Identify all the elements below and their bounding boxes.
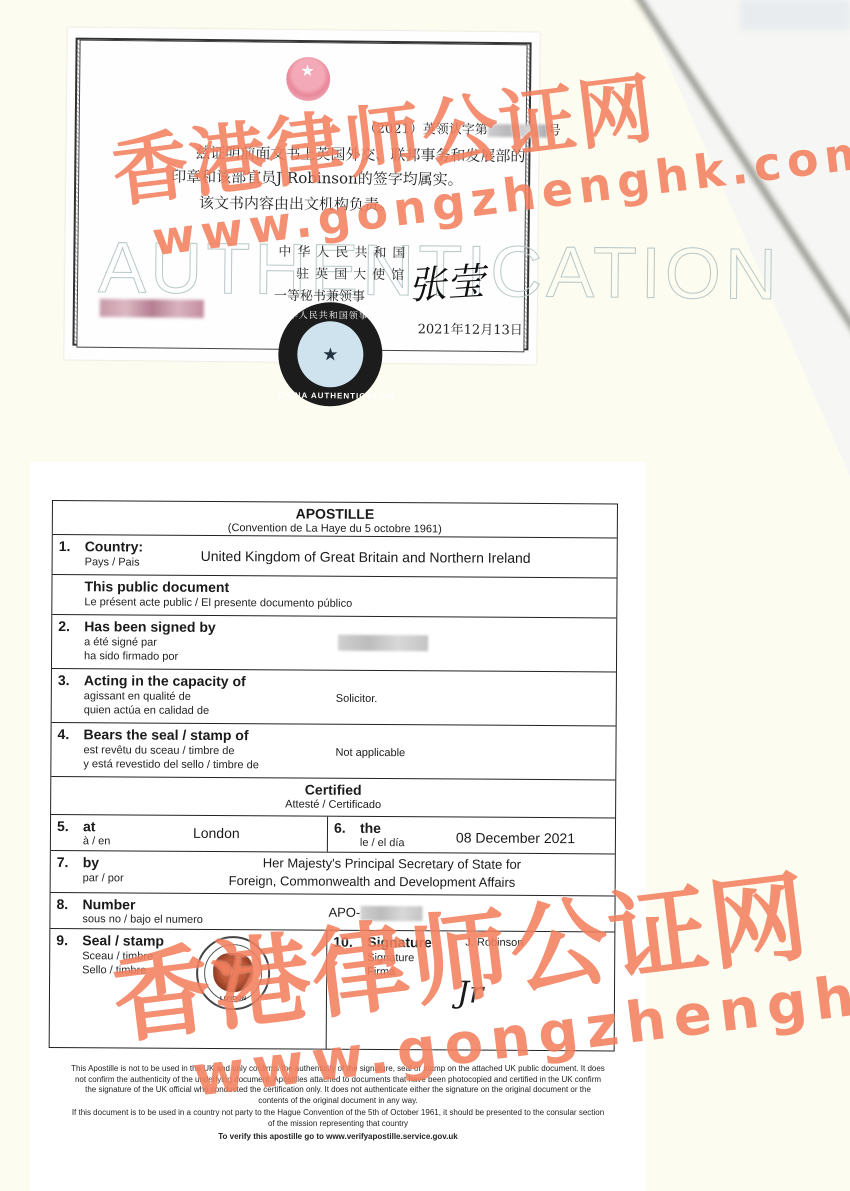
field-the: 6. the le / el día 08 December 2021 bbox=[328, 817, 615, 854]
field-label: by bbox=[83, 854, 99, 870]
royal-coat-of-arms-icon bbox=[213, 953, 253, 993]
country-value: United Kingdom of Great Britain and Nort… bbox=[201, 548, 531, 566]
field-label: at bbox=[83, 818, 96, 834]
issuer-title: 一等秘书兼领事 bbox=[274, 285, 365, 305]
seal-text-bottom: CHINA AUTHENTICATION bbox=[278, 391, 382, 401]
field-sublabel: par / por bbox=[83, 872, 124, 884]
field-sublabel: Pays / Pais bbox=[85, 556, 140, 568]
field-sublabel-fr: est revêtu du sceau / timbre de bbox=[83, 744, 234, 757]
capacity-value: Solicitor. bbox=[336, 693, 378, 705]
field-country: 1. Country: Pays / Pais United Kingdom o… bbox=[53, 535, 617, 578]
footer-verify-link: To verify this apostille go to www.verif… bbox=[70, 1132, 606, 1143]
signatory-name: J. Robinson bbox=[465, 937, 523, 949]
field-sublabel-fr: agissant en qualité de bbox=[84, 690, 191, 703]
field-label: Has been signed by bbox=[84, 618, 216, 635]
field-label: Bears the seal / stamp of bbox=[84, 726, 249, 743]
handwritten-signature: Jr bbox=[457, 975, 484, 1010]
field-sublabel: Le présent acte public / El presente doc… bbox=[84, 596, 352, 610]
field-number: 9. bbox=[56, 932, 68, 948]
field-certified: Certified Attesté / Certificado bbox=[51, 777, 615, 818]
certificate-body: AUTHENTICATION （2021）英领认字第号 兹证明前面文书上英国外交… bbox=[76, 40, 527, 353]
field-number: 2. bbox=[58, 618, 70, 634]
apostille-footer: This Apostille is not to be used in the … bbox=[70, 1064, 606, 1145]
field-number: 5. bbox=[57, 818, 69, 834]
certification-line-1: 兹证明前面文书上英国外交、联邦事务和发展部的 bbox=[195, 142, 525, 166]
field-sublabel: sous no / bajo el numero bbox=[82, 913, 203, 926]
field-number: 1. bbox=[59, 538, 71, 554]
field-label: the bbox=[360, 820, 381, 836]
field-number: 6. bbox=[334, 820, 346, 836]
field-sublabel-fr: Sceau / timbre bbox=[82, 950, 153, 962]
field-number: 4. bbox=[58, 726, 70, 742]
field-by: 7. by par / por Her Majesty's Principal … bbox=[51, 851, 615, 896]
apostille-certificate: APOSTILLE (Convention de La Haye du 5 oc… bbox=[30, 462, 646, 1191]
field-sublabel-fr: a été signé par bbox=[84, 636, 157, 648]
field-number: 10. bbox=[333, 934, 353, 950]
reference-suffix: 号 bbox=[548, 124, 561, 139]
redacted-serial bbox=[100, 299, 204, 318]
authentication-date: 2021年12月13日 bbox=[418, 318, 523, 338]
footer-hague-note: If this document is to be used in a coun… bbox=[70, 1108, 606, 1129]
field-sublabel: à / en bbox=[83, 835, 111, 847]
field-seal-stamp: 9. Seal / stamp Sceau / timbre Sello / t… bbox=[50, 929, 328, 1049]
redacted-reference bbox=[488, 124, 548, 138]
issuer-country: 中华人民共和国 bbox=[278, 241, 411, 261]
certified-label: Certified bbox=[51, 780, 615, 799]
field-number: 7. bbox=[57, 854, 69, 870]
apostille-number-prefix: APO- bbox=[328, 905, 360, 920]
reference-prefix: （2021）英领认字第 bbox=[364, 122, 488, 138]
field-sublabel-fr: Signature bbox=[367, 952, 414, 964]
place-value: London bbox=[193, 825, 240, 841]
field-place-date: 5. at à / en London 6. the le / el día 0… bbox=[51, 815, 615, 854]
apostille-number: APO- bbox=[328, 905, 422, 922]
authority-line-1: Her Majesty's Principal Secretary of Sta… bbox=[263, 855, 521, 872]
field-label: Number bbox=[82, 896, 135, 912]
field-number: 3. bbox=[58, 672, 70, 688]
apostille-header: APOSTILLE (Convention de La Haye du 5 oc… bbox=[53, 501, 617, 538]
seal-text-top: 中华人民共和国领事认证 bbox=[279, 308, 383, 322]
fcdo-seal: LONDON bbox=[196, 936, 270, 1010]
emblem-stars-icon: ★ bbox=[297, 321, 364, 388]
field-label: Signature bbox=[367, 934, 432, 950]
field-sublabel-es: ha sido firmado por bbox=[84, 650, 178, 663]
seal-of-value: Not applicable bbox=[335, 747, 405, 759]
field-sublabel-es: quien actúa en calidad de bbox=[84, 704, 209, 717]
field-sublabel-es: Firma bbox=[367, 966, 395, 978]
field-number: 8. bbox=[56, 896, 68, 912]
field-stamp-signature: 9. Seal / stamp Sceau / timbre Sello / t… bbox=[50, 929, 615, 1050]
certification-line-2: 印章和该部官员J Robinson的签字均属实。 bbox=[171, 166, 463, 190]
field-signed-by: 2. Has been signed by a été signé par ha… bbox=[52, 615, 616, 672]
field-at: 5. at à / en London bbox=[51, 815, 328, 852]
authority-line-2: Foreign, Commonwealth and Development Af… bbox=[229, 873, 516, 890]
background-corner bbox=[740, 0, 850, 30]
authentication-certificate: AUTHENTICATION （2021）英领认字第号 兹证明前面文书上英国外交… bbox=[64, 28, 539, 365]
field-sublabel-es: y está revestido del sello / timbre de bbox=[83, 758, 259, 771]
footer-disclaimer: This Apostille is not to be used in the … bbox=[70, 1064, 606, 1106]
consul-signature: 张莹 bbox=[407, 250, 486, 309]
national-emblem-icon bbox=[286, 57, 330, 101]
date-value: 08 December 2021 bbox=[456, 829, 575, 846]
reference-number: （2021）英领认字第号 bbox=[364, 118, 561, 139]
certified-sublabel: Attesté / Certificado bbox=[51, 797, 615, 812]
field-signature: 10. Signature Signature Firma J. Robinso… bbox=[327, 931, 615, 1051]
field-sublabel-es: Sello / timbre bbox=[82, 964, 146, 976]
redacted-signer bbox=[338, 635, 428, 652]
field-seal-of: 4. Bears the seal / stamp of est revêtu … bbox=[51, 723, 615, 780]
seal-city: LONDON bbox=[220, 996, 246, 1002]
redacted-apostille-number bbox=[360, 906, 422, 921]
field-number-row: 8. Number sous no / bajo el numero APO- bbox=[50, 893, 614, 932]
issuer-embassy: 驻英国大使馆 bbox=[296, 263, 410, 283]
china-authentication-seal: 中华人民共和国领事认证 ★ CHINA AUTHENTICATION bbox=[278, 302, 383, 407]
field-label: Seal / stamp bbox=[82, 932, 164, 948]
field-sublabel: le / el día bbox=[360, 837, 405, 849]
field-label: Country: bbox=[85, 538, 143, 554]
certification-line-3: 该文书内容由出文机构负责。 bbox=[199, 192, 394, 215]
apostille-subtitle: (Convention de La Haye du 5 octobre 1961… bbox=[53, 521, 617, 536]
field-capacity: 3. Acting in the capacity of agissant en… bbox=[52, 669, 616, 726]
field-label: This public document bbox=[84, 578, 229, 595]
apostille-table: APOSTILLE (Convention de La Haye du 5 oc… bbox=[49, 500, 618, 1051]
field-public-document: This public document Le présent acte pub… bbox=[52, 575, 616, 618]
field-label: Acting in the capacity of bbox=[84, 672, 246, 689]
